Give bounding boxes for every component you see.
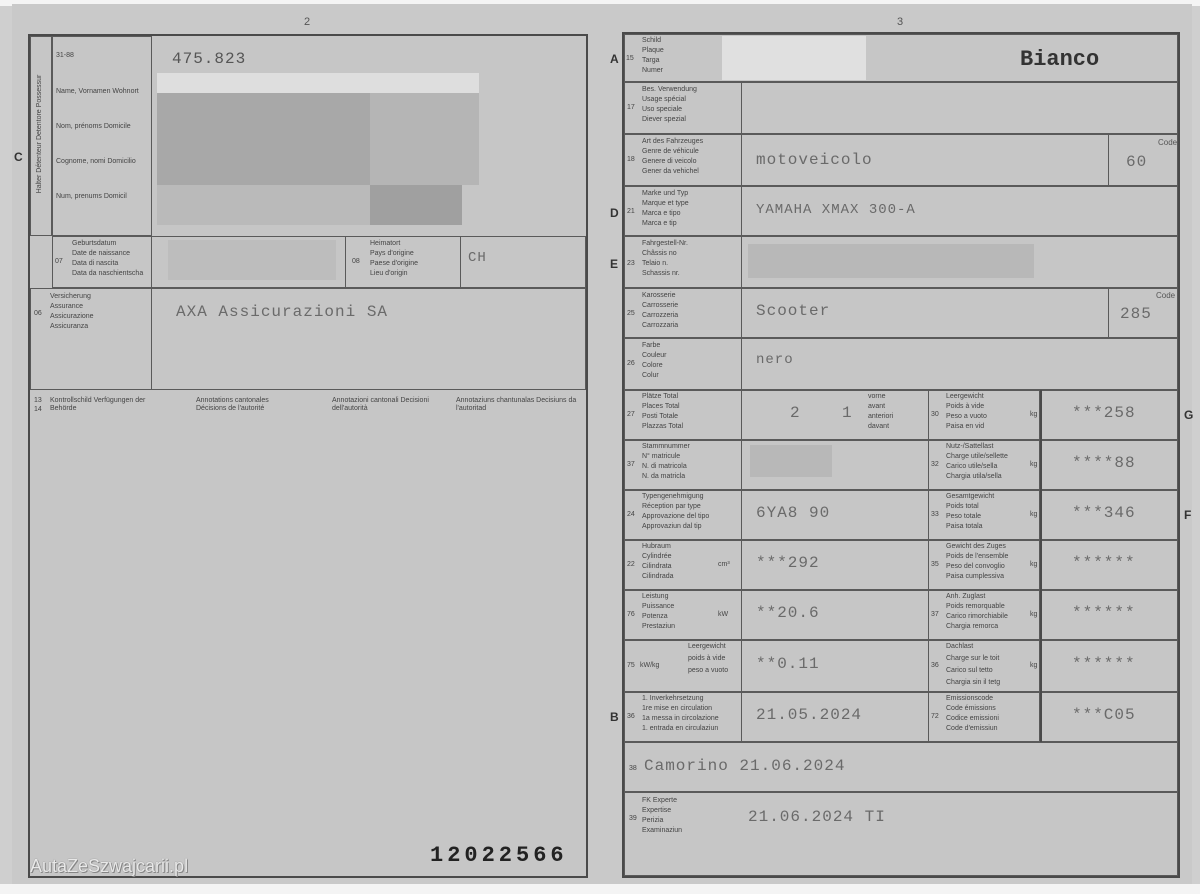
empty-weight-label-1: Leergewicht [946, 393, 984, 401]
row-21-label-3: Marca e tipo [642, 210, 681, 218]
expert-cell [624, 792, 1178, 876]
grid-row-6-num: 75 [627, 662, 635, 669]
row-25-label-2: Carrosserie [642, 302, 678, 310]
roof-load-label-3: Carico sul tetto [946, 667, 993, 675]
row-17-label-4: Diever spezial [642, 116, 686, 124]
holder-vertical-label: Halter Détenteur Detentore Possessur [36, 54, 44, 214]
expert-label-1: FK Experte [642, 797, 677, 805]
row-07-label-1: Geburtsdatum [72, 240, 116, 248]
row-18-label-4: Gener da vehichel [642, 168, 699, 176]
grid-row-4-r-num: 35 [931, 561, 939, 568]
row-21-label-1: Marke und Typ [642, 190, 688, 198]
row-08-label-4: Lieu d'origin [370, 270, 408, 278]
seats-label-3: Posti Totale [642, 413, 738, 421]
redacted-holder-city-2 [370, 185, 462, 225]
holder-labels-cell [52, 36, 152, 236]
redacted-holder-city [157, 185, 370, 225]
redacted-holder-address-2 [370, 93, 479, 185]
row-07-label-4: Data da naschientscha [72, 270, 143, 278]
row-17-label-1: Bes. Verwendung [642, 86, 697, 94]
holder-number: 475.823 [172, 50, 246, 68]
letter-b: B [610, 710, 619, 724]
seats-label-2: Places Total [642, 403, 738, 411]
row-08-num: 08 [352, 258, 360, 265]
payload-label-1: Nutz-/Sattellast [946, 443, 993, 451]
grid-row-2-num: 37 [627, 461, 635, 468]
row-26-label-2: Couleur [642, 352, 667, 360]
remarks-header-2: Annotations cantonales Décisions de l'au… [196, 397, 296, 413]
empty-weight-label-2: Poids à vide [946, 403, 984, 411]
towing-unit: kg [1030, 611, 1037, 618]
row-06-label-cell [30, 288, 152, 390]
remarks-header-1: Kontrollschild Verfügungen der Behörde [50, 397, 160, 413]
row-23-num: 23 [627, 260, 635, 267]
matricule-label-2: N° matricule [642, 453, 680, 461]
emission-code-label-3: Codice emissioni [946, 715, 999, 723]
grid-row-3-num: 24 [627, 511, 635, 518]
row-23-label-1: Fahrgestell-Nr. [642, 240, 688, 248]
page-number-right: 3 [897, 16, 903, 28]
type-approval-label-1: Typengenehmigung [642, 493, 704, 501]
empty-weight-label-3: Peso a vuoto [946, 413, 987, 421]
displacement-label-2: Cylindrée [642, 553, 672, 561]
seats-label-1: Plätze Total [642, 393, 738, 401]
payload-label-3: Carico utile/sella [946, 463, 997, 471]
train-weight-unit: kg [1030, 561, 1037, 568]
matricule-label-1: Stammnummer [642, 443, 690, 451]
row-25-num: 25 [627, 310, 635, 317]
row-23-label-2: Châssis no [642, 250, 677, 258]
power-label-3: Potenza [642, 613, 668, 621]
roof-load-label-1: Dachlast [946, 643, 973, 651]
row-08-label-2: Pays d'origine [370, 250, 414, 258]
payload-value: ****88 [1072, 454, 1136, 472]
roof-load-unit: kg [1030, 662, 1037, 669]
grid-divider-center [928, 390, 929, 742]
emission-code-label-2: Code émissions [946, 705, 996, 713]
front-label-4: davant [868, 423, 889, 431]
place-date-num: 38 [629, 765, 637, 772]
front-label-1: vorne [868, 393, 886, 401]
row-17-label-3: Uso speciale [642, 106, 682, 114]
row-07-label-3: Data di nascita [72, 260, 118, 268]
row-26-num: 26 [627, 360, 635, 367]
row-26-label-1: Farbe [642, 342, 660, 350]
first-registration-label-4: 1. entrada en circulaziun [642, 725, 718, 733]
row-06-num: 06 [34, 310, 42, 317]
ratio-label-4: peso a vuoto [688, 667, 728, 675]
expert-num: 39 [629, 815, 637, 822]
remarks-num-13: 13 [34, 397, 42, 404]
total-weight-unit: kg [1030, 511, 1037, 518]
ratio-label-1: kW/kg [640, 662, 659, 670]
row-15-label-1: Schild [642, 37, 661, 45]
displacement-label-3: Cilindrata [642, 563, 672, 571]
row-18-label-2: Genre de véhicule [642, 148, 699, 156]
power-value: **20.6 [756, 604, 820, 622]
matricule-label-3: N. di matricola [642, 463, 687, 471]
body-type-value: Scooter [756, 302, 830, 320]
displacement-label-1: Hubraum [642, 543, 671, 551]
seats-front-value: 1 [842, 404, 853, 422]
first-registration-label-2: 1re mise en circulation [642, 705, 712, 713]
document-number: 12022566 [430, 843, 568, 868]
place-date-value: Camorino 21.06.2024 [644, 757, 845, 775]
row-26-label-4: Colur [642, 372, 659, 380]
row-07-label-2: Date de naissance [72, 250, 130, 258]
row-25-label-1: Karosserie [642, 292, 675, 300]
power-unit: kW [718, 611, 728, 618]
towing-value: ****** [1072, 604, 1136, 622]
row-17-num: 17 [627, 104, 635, 111]
displacement-label-4: Cilindrada [642, 573, 674, 581]
seats-label-4: Plazzas Total [642, 423, 738, 431]
roof-load-label-4: Chargia sin il tetg [946, 679, 1000, 687]
row-15-label-3: Targa [642, 57, 660, 65]
row-06-label-2: Assurance [50, 303, 83, 311]
grid-row-4-num: 22 [627, 561, 635, 568]
grid-row-7-r-num: 72 [931, 713, 939, 720]
type-approval-label-3: Approvazione del tipo [642, 513, 709, 521]
row-26-label-3: Colore [642, 362, 663, 370]
towing-label-4: Chargia remorca [946, 623, 998, 631]
towing-label-3: Carico rimorchiabile [946, 613, 1008, 621]
grid-row-1-r-num: 30 [931, 411, 939, 418]
grid-row-7-num: 36 [627, 713, 635, 720]
total-weight-label-3: Peso totale [946, 513, 981, 521]
payload-label-4: Chargia utila/sella [946, 473, 1002, 481]
expert-label-4: Examinaziun [642, 827, 682, 835]
ratio-label-3: poids à vide [688, 655, 725, 663]
train-weight-label-4: Paisa cumplessiva [946, 573, 1004, 581]
type-approval-label-2: Réception par type [642, 503, 701, 511]
row-17-label-2: Usage spécial [642, 96, 686, 104]
grid-row-5-r-num: 37 [931, 611, 939, 618]
seats-total-value: 2 [790, 404, 801, 422]
grid-row-2-r-num: 32 [931, 461, 939, 468]
redacted-holder-address [157, 93, 370, 185]
remarks-header-4: Annotaziuns chantunalas Decisiuns da l'a… [456, 397, 581, 413]
grid-row-1-num: 27 [627, 411, 635, 418]
row-18-code-label: Code [1158, 138, 1177, 147]
letter-d: D [610, 206, 619, 220]
train-weight-label-3: Peso del convoglio [946, 563, 1005, 571]
redacted-birthdate [168, 240, 336, 280]
row-06-label-1: Versicherung [50, 293, 91, 301]
row-25-label-3: Carrozzeria [642, 312, 678, 320]
power-label-1: Leistung [642, 593, 668, 601]
make-model-value: YAMAHA XMAX 300-A [756, 202, 916, 218]
displacement-unit: cm³ [718, 561, 730, 568]
section-letter-c: C [14, 150, 23, 164]
row-15-label-2: Plaque [642, 47, 664, 55]
vehicle-type-code: 60 [1126, 153, 1147, 171]
train-weight-value: ****** [1072, 554, 1136, 572]
total-weight-label-4: Paisa totala [946, 523, 983, 531]
letter-g: G [1184, 408, 1193, 422]
payload-unit: kg [1030, 461, 1037, 468]
page-number-left: 2 [304, 16, 310, 28]
row-15-label-4: Numer [642, 67, 663, 75]
row-23-label-4: Schassis nr. [642, 270, 680, 278]
roof-load-label-2: Charge sur le toit [946, 655, 999, 663]
total-weight-label-1: Gesamtgewicht [946, 493, 994, 501]
first-registration-label-1: 1. Inverkehrsetzung [642, 695, 703, 703]
grid-row-3-r-num: 33 [931, 511, 939, 518]
row-23-label-3: Telaio n. [642, 260, 668, 268]
front-label-3: anteriori [868, 413, 893, 421]
redacted-chassis-number [748, 244, 1034, 278]
bottom-margin [0, 884, 1200, 894]
matricule-label-4: N. da matricla [642, 473, 685, 481]
row-21-num: 21 [627, 208, 635, 215]
expert-label-2: Expertise [642, 807, 671, 815]
holder-label-3: Cognome, nomi Domicilio [56, 158, 146, 166]
ratio-label-2: Leergewicht [688, 643, 726, 651]
train-weight-label-2: Poids de l'ensemble [946, 553, 1008, 561]
type-approval-label-4: Approvaziun dal tip [642, 523, 702, 531]
row-21-label-2: Marque et type [642, 200, 689, 208]
displacement-value: ***292 [756, 554, 820, 572]
remarks-num-14: 14 [34, 406, 42, 413]
watermark: AutaZeSzwajcarii.pl [30, 856, 188, 877]
vehicle-type-value: motoveicolo [756, 151, 873, 169]
redacted-plate [722, 36, 866, 80]
expert-value: 21.06.2024 TI [748, 808, 886, 826]
empty-weight-unit: kg [1030, 411, 1037, 418]
power-label-2: Puissance [642, 603, 674, 611]
type-approval-value: 6YA8 90 [756, 504, 830, 522]
row-07-num: 07 [55, 258, 63, 265]
payload-label-2: Charge utile/sellette [946, 453, 1008, 461]
grid-divider-right [1040, 390, 1042, 742]
row-25-code-label: Code [1156, 291, 1175, 300]
train-weight-label-1: Gewicht des Zuges [946, 543, 1006, 551]
row-15-num: 15 [626, 55, 634, 62]
row-21-label-4: Marca e tip [642, 220, 677, 228]
origin-country-value: CH [468, 250, 487, 266]
row-18-label-3: Genere di veicolo [642, 158, 696, 166]
redacted-holder-name [157, 73, 479, 93]
insurance-value: AXA Assicurazioni SA [176, 303, 388, 321]
emission-code-label-1: Emissionscode [946, 695, 993, 703]
grid-row-6-r-num: 36 [931, 662, 939, 669]
row-08-label-3: Paese d'origine [370, 260, 418, 268]
emission-code-value: ***C05 [1072, 706, 1136, 724]
holder-label-4: Num, prenums Domicil [56, 193, 146, 201]
empty-weight-label-4: Paisa en vid [946, 423, 984, 431]
first-registration-value: 21.05.2024 [756, 706, 862, 724]
holder-label-1: Name, Vornamen Wohnort [56, 88, 146, 96]
total-weight-label-2: Poids total [946, 503, 979, 511]
holder-label-2: Nom, prénoms Domicile [56, 123, 146, 131]
power-weight-ratio-value: **0.11 [756, 655, 820, 673]
body-type-code: 285 [1120, 305, 1152, 323]
row-08-label-1: Heimatort [370, 240, 400, 248]
letter-a: A [610, 52, 619, 66]
emission-code-label-4: Code d'emissiun [946, 725, 998, 733]
empty-weight-value: ***258 [1072, 404, 1136, 422]
plate-color-value: Bianco [1020, 47, 1099, 72]
roof-load-value: ****** [1072, 655, 1136, 673]
towing-label-1: Anh. Zuglast [946, 593, 985, 601]
redacted-matricule [750, 445, 832, 477]
grid-row-5-num: 76 [627, 611, 635, 618]
row-18-label-1: Art des Fahrzeuges [642, 138, 703, 146]
row-06-label-4: Assicuranza [50, 323, 88, 331]
expert-label-3: Perizia [642, 817, 663, 825]
letter-e: E [610, 257, 618, 271]
holder-code: 31-88 [56, 52, 74, 60]
total-weight-value: ***346 [1072, 504, 1136, 522]
remarks-header-3: Annotazioni cantonali Decisioni dell'aut… [332, 397, 432, 413]
front-label-2: avant [868, 403, 885, 411]
towing-label-2: Poids remorquable [946, 603, 1005, 611]
row-18-num: 18 [627, 156, 635, 163]
first-registration-label-3: 1a messa in circolazione [642, 715, 719, 723]
power-label-4: Prestaziun [642, 623, 675, 631]
row-06-label-3: Assicurazione [50, 313, 94, 321]
color-value: nero [756, 352, 794, 368]
letter-f: F [1184, 508, 1191, 522]
row-25-label-4: Carrozzaria [642, 322, 678, 330]
